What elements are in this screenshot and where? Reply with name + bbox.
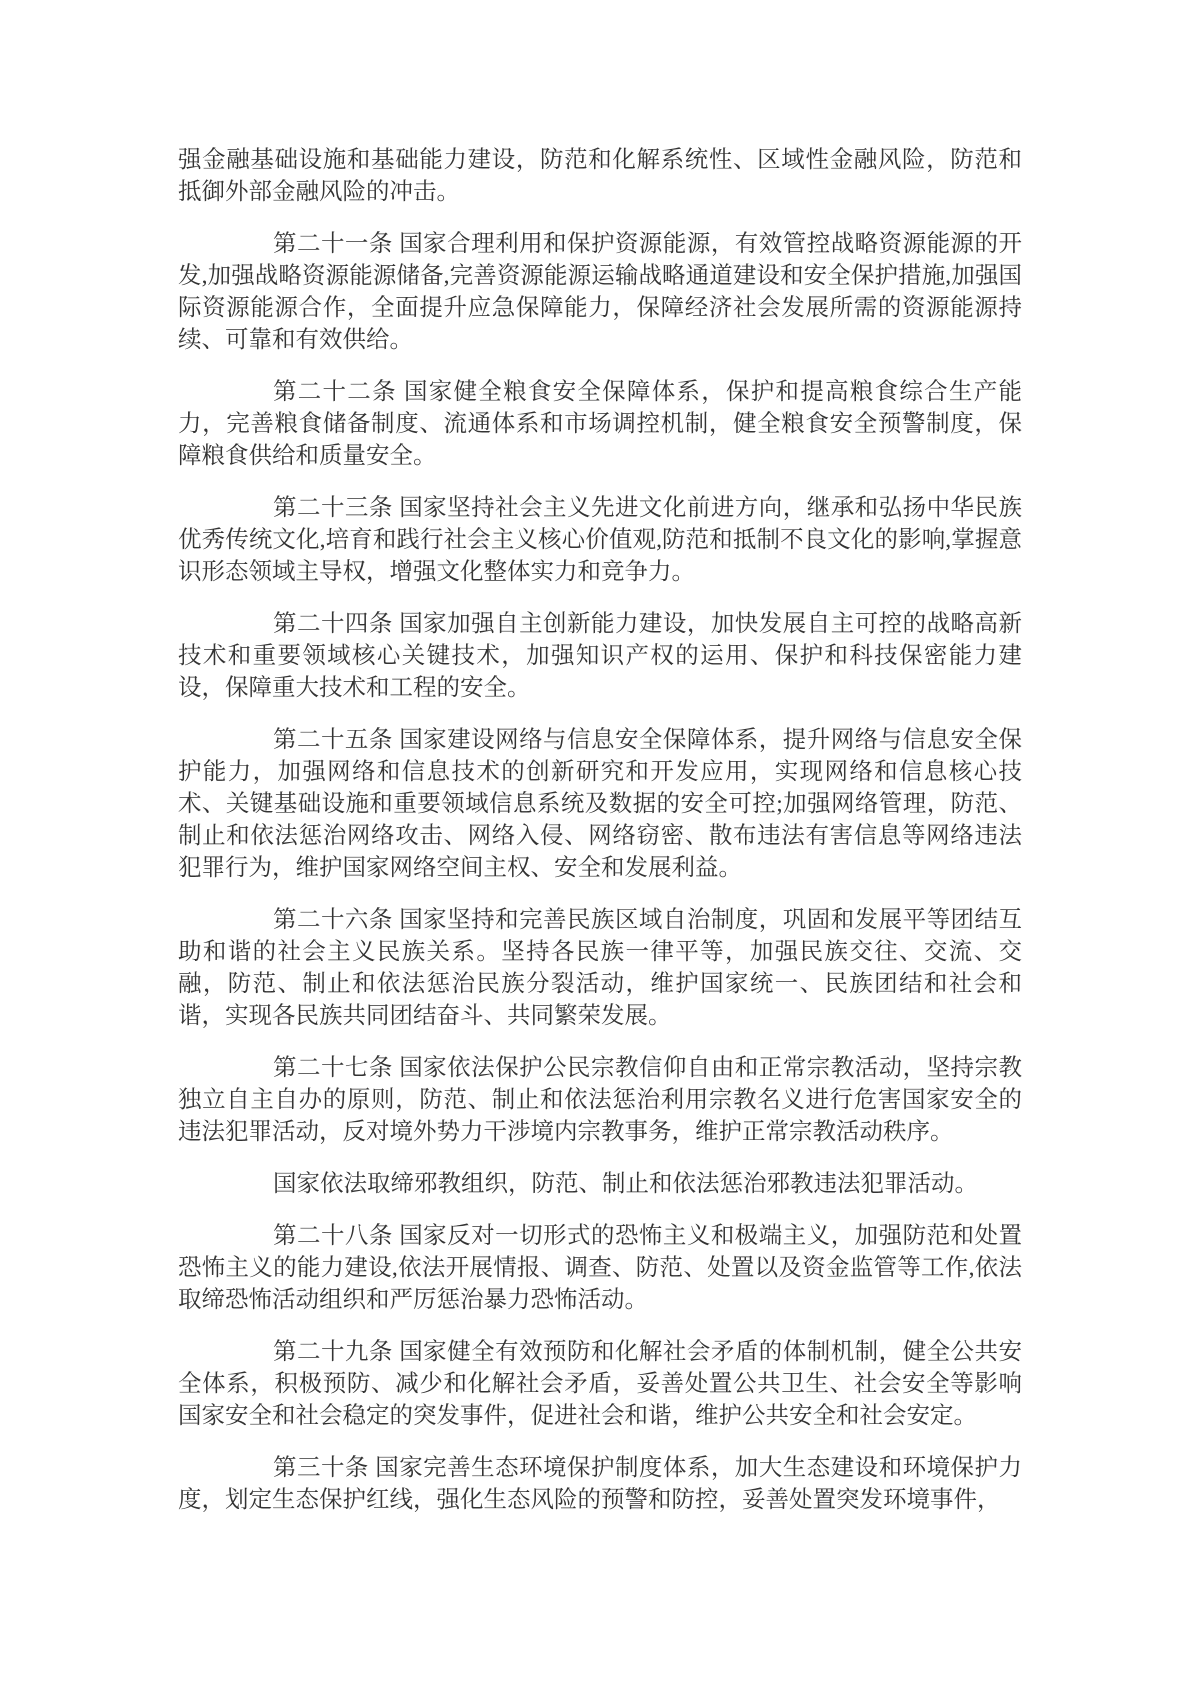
paragraph-article-25: 第二十五条 国家建设网络与信息安全保障体系，提升网络与信息安全保护能力，加强网络… xyxy=(178,724,1022,884)
paragraph-continuation: 强金融基础设施和基础能力建设，防范和化解系统性、区域性金融风险，防范和抵御外部金… xyxy=(178,144,1022,208)
paragraph-article-24: 第二十四条 国家加强自主创新能力建设，加快发展自主可控的战略高新技术和重要领域核… xyxy=(178,608,1022,704)
paragraph-article-27: 第二十七条 国家依法保护公民宗教信仰自由和正常宗教活动，坚持宗教独立自主自办的原… xyxy=(178,1052,1022,1148)
paragraph-article-27-sub: 国家依法取缔邪教组织，防范、制止和依法惩治邪教违法犯罪活动。 xyxy=(178,1168,1022,1200)
paragraph-article-23: 第二十三条 国家坚持社会主义先进文化前进方向，继承和弘扬中华民族优秀传统文化,培… xyxy=(178,492,1022,588)
document-page: 强金融基础设施和基础能力建设，防范和化解系统性、区域性金融风险，防范和抵御外部金… xyxy=(0,0,1191,1684)
paragraph-article-29: 第二十九条 国家健全有效预防和化解社会矛盾的体制机制，健全公共安全体系，积极预防… xyxy=(178,1336,1022,1432)
paragraph-article-22: 第二十二条 国家健全粮食安全保障体系，保护和提高粮食综合生产能力，完善粮食储备制… xyxy=(178,376,1022,472)
paragraph-article-21: 第二十一条 国家合理利用和保护资源能源，有效管控战略资源能源的开发,加强战略资源… xyxy=(178,228,1022,356)
paragraph-article-26: 第二十六条 国家坚持和完善民族区域自治制度，巩固和发展平等团结互助和谐的社会主义… xyxy=(178,904,1022,1032)
paragraph-article-30: 第三十条 国家完善生态环境保护制度体系，加大生态建设和环境保护力度，划定生态保护… xyxy=(178,1452,1022,1516)
paragraph-article-28: 第二十八条 国家反对一切形式的恐怖主义和极端主义，加强防范和处置恐怖主义的能力建… xyxy=(178,1220,1022,1316)
